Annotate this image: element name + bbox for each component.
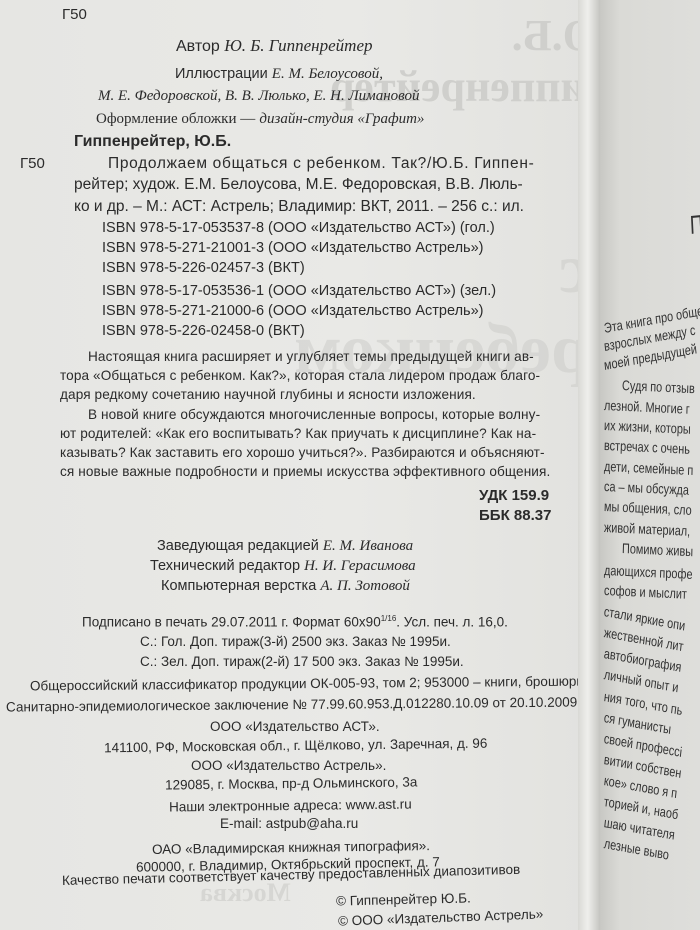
bbk-value: 88.37: [514, 507, 552, 524]
illustrations-line-1: Иллюстрации Е. М. Белоусовой,: [175, 66, 383, 83]
right-page: Пр Эта книга про общевзрослых между смое…: [600, 0, 700, 930]
isbn-line: ISBN 978-5-17-053536-1 (ООО «Издательств…: [102, 283, 496, 299]
catalog-description-line: ко и др. – М.: АСТ: Астрель; Владимир: В…: [74, 198, 524, 216]
print-signed-line: Подписано в печать 29.07.2011 г. Формат …: [82, 614, 508, 630]
staff-line: Компьютерная верстка А. П. Зотовой: [161, 578, 410, 595]
right-page-line: мы общения, сло: [604, 498, 692, 518]
staff-name: А. П. Зотовой: [320, 578, 410, 594]
catalog-description-line: Продолжаем общаться с ребенком. Так?/Ю.Б…: [108, 155, 534, 173]
right-page-line: Помимо живы: [622, 540, 694, 559]
right-page-line: лезной. Многие г: [604, 397, 690, 417]
publisher-astrel-address: 129085, г. Москва, пр-д Ольминского, 3а: [165, 774, 418, 792]
udk-value: 159.9: [512, 487, 550, 504]
publisher-astrel-name: ООО «Издательство Астрель».: [191, 758, 386, 773]
staff-name: Е. М. Иванова: [323, 538, 413, 554]
annotation-line: В новой книге обсуждаются многочисленные…: [88, 407, 540, 422]
isbn-line: ISBN 978-5-226-02457-3 (ВКТ): [102, 260, 305, 276]
annotation-line: ют родителей: «Как его воспитывать? Как …: [60, 426, 536, 441]
catalog-author-heading: Гиппенрейтер, Ю.Б.: [74, 133, 231, 151]
isbn-line: ISBN 978-5-17-053537-8 (ООО «Издательств…: [102, 220, 495, 236]
publisher-ast-name: ООО «Издательство АСТ».: [210, 719, 380, 734]
right-page-heading-fragment: Пр: [689, 208, 700, 241]
udk-code: УДК 159.9: [479, 487, 549, 504]
right-page-line: живой материал,: [604, 519, 691, 539]
author-line: Автор Ю. Б. Гиппенрейтер: [176, 36, 373, 56]
copyright-author: © Гиппенрейтер Ю.Б.: [336, 890, 471, 908]
staff-line: Заведующая редакцией Е. М. Иванова: [157, 538, 413, 555]
print-run-2: С.: Зел. Доп. тираж(2-й) 17 500 экз. Зак…: [140, 654, 464, 669]
isbn-line: ISBN 978-5-271-21001-3 (ООО «Издательств…: [102, 240, 483, 256]
classifier-line: Общероссийский классификатор продукции О…: [30, 674, 586, 694]
right-page-line: Судя по отзыв: [622, 377, 695, 396]
annotation-line: Настоящая книга расширяет и углубляет те…: [88, 349, 534, 364]
illustrations-line-2: М. Е. Федоровской, В. В. Люлько, Е. Н. Л…: [98, 88, 420, 105]
isbn-line: ISBN 978-5-271-21000-6 (ООО «Издательств…: [102, 303, 483, 319]
annotation-line: тора «Общаться с ребенком. Как?», котора…: [60, 368, 540, 383]
isbn-line: ISBN 978-5-226-02458-0 (ВКТ): [102, 323, 305, 339]
staff-name: Н. И. Герасимова: [304, 558, 416, 574]
annotation-line: даря редкому сочетанию научной глубины и…: [60, 387, 476, 402]
staff-role: Заведующая редакцией: [157, 538, 319, 554]
illustrators-names-1: Е. М. Белоусовой,: [272, 66, 383, 82]
catalog-code: Г50: [20, 155, 45, 172]
author-name: Ю. Б. Гиппенрейтер: [224, 36, 372, 55]
right-page-line: са – мы обсужда: [604, 478, 689, 498]
book-spine-gutter: [578, 0, 602, 930]
print-run-1: С.: Гол. Доп. тираж(3-й) 2500 экз. Заказ…: [140, 634, 451, 649]
format-fraction: 1/16: [381, 614, 397, 623]
sanitary-line: Санитарно-эпидемиологическое заключение …: [6, 694, 588, 714]
bbk-label: ББК: [479, 507, 510, 524]
email-address: E-mail: astpub@aha.ru: [220, 816, 358, 831]
right-page-line: дети, семейные п: [604, 458, 694, 478]
publisher-ast-address: 141100, РФ, Московская обл., г. Щёлково,…: [104, 736, 488, 756]
print-signed-pre: Подписано в печать 29.07.2011 г. Формат …: [82, 615, 381, 630]
cover-design-value: дизайн-студия «Графит»: [259, 111, 424, 127]
annotation-line: казывать? Как заставить его хорошо учить…: [60, 445, 545, 460]
staff-role: Технический редактор: [150, 558, 300, 574]
catalog-description-line: рейтер; худож. Е.М. Белоусова, М.Е. Федо…: [74, 176, 523, 194]
right-page-line: дающихся профе: [604, 562, 693, 582]
udk-label: УДК: [479, 487, 507, 504]
copyright-publisher: © ООО «Издательство Астрель»: [338, 906, 544, 928]
staff-line: Технический редактор Н. И. Герасимова: [150, 558, 416, 575]
cover-design-label: Оформление обложки —: [96, 111, 255, 127]
staff-role: Компьютерная верстка: [161, 578, 316, 594]
web-address: Наши электронные адреса: www.ast.ru: [169, 797, 412, 815]
right-page-line: встречах с очень: [604, 437, 690, 457]
printer-name: ОАО «Владимирская книжная типография».: [152, 838, 430, 857]
print-signed-post: . Усл. печ. л. 16,0.: [396, 615, 508, 630]
top-classification-code: Г50: [62, 6, 87, 23]
annotation-line: ся новые важные подробности и приемы иск…: [60, 464, 550, 479]
cover-design-line: Оформление обложки — дизайн-студия «Граф…: [96, 110, 424, 128]
right-page-line: софов и мыслит: [604, 582, 687, 602]
illustrations-label: Иллюстрации: [175, 66, 268, 82]
right-page-line: их жизни, которы: [604, 417, 691, 437]
bbk-code: ББК 88.37: [479, 507, 551, 524]
author-label: Автор: [176, 38, 220, 55]
left-page: Ю.Б. Гиппенрейтер с ребенком Москва Г50 …: [0, 0, 590, 930]
